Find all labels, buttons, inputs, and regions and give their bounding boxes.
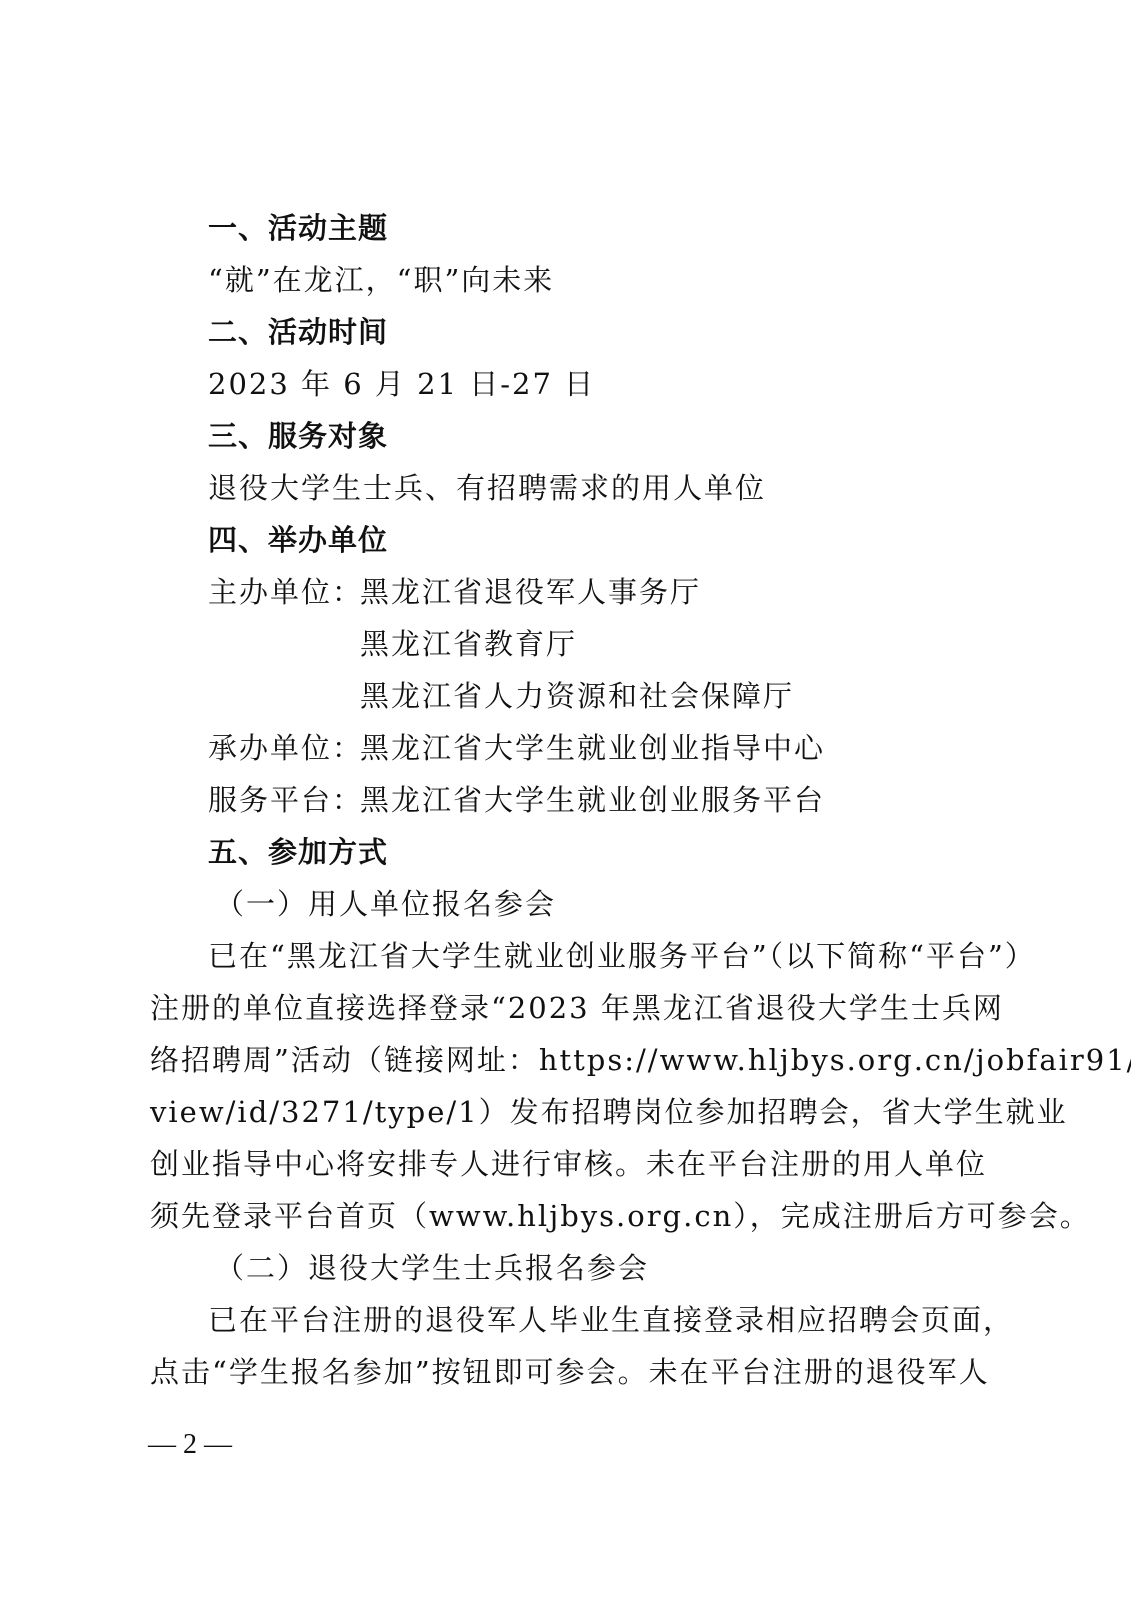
employer-paragraph-line: view/id/3271/type/1）发布招聘岗位参加招聘会，省大学生就业 xyxy=(150,1092,1068,1132)
section-heading-participation: 五、参加方式 xyxy=(208,832,388,872)
host-3: 黑龙江省人力资源和社会保障厅 xyxy=(360,676,794,716)
employer-paragraph-line: 须先登录平台首页（www.hljbys.org.cn），完成注册后方可参会。 xyxy=(150,1196,1091,1236)
document-page: 一、活动主题 “就”在龙江，“职”向未来 二、活动时间 2023 年 6 月 2… xyxy=(0,0,1131,1600)
employer-paragraph-line: 已在“黑龙江省大学生就业创业服务平台”（以下简称“平台”） xyxy=(208,936,1036,976)
section-heading-organizers: 四、举办单位 xyxy=(208,520,388,560)
subsection-veteran-title: （二）退役大学生士兵报名参会 xyxy=(215,1248,649,1288)
platform: 黑龙江省大学生就业创业服务平台 xyxy=(360,780,825,820)
audience-text: 退役大学生士兵、有招聘需求的用人单位 xyxy=(208,468,766,508)
platform-label: 服务平台： xyxy=(208,780,363,820)
veteran-paragraph-line: 点击“学生报名参加”按钮即可参会。未在平台注册的退役军人 xyxy=(150,1352,990,1392)
employer-paragraph-line: 创业指导中心将安排专人进行审核。未在平台注册的用人单位 xyxy=(150,1144,987,1184)
section-heading-theme: 一、活动主题 xyxy=(208,208,388,248)
undertaker-label: 承办单位： xyxy=(208,728,363,768)
page-number: — 2 — xyxy=(148,1425,232,1465)
employer-paragraph-line: 注册的单位直接选择登录“2023 年黑龙江省退役大学生士兵网 xyxy=(150,988,1004,1028)
subsection-employer-title: （一）用人单位报名参会 xyxy=(215,884,556,924)
time-text: 2023 年 6 月 21 日-27 日 xyxy=(208,364,595,404)
host-label: 主办单位： xyxy=(208,572,363,612)
section-heading-audience: 三、服务对象 xyxy=(208,416,388,456)
theme-text: “就”在龙江，“职”向未来 xyxy=(208,260,554,300)
host-1: 黑龙江省退役军人事务厅 xyxy=(360,572,701,612)
section-heading-time: 二、活动时间 xyxy=(208,312,388,352)
veteran-paragraph-line: 已在平台注册的退役军人毕业生直接登录相应招聘会页面， xyxy=(208,1300,1014,1340)
employer-paragraph-line: 络招聘周”活动（链接网址：https://www.hljbys.org.cn/j… xyxy=(150,1040,1131,1080)
host-2: 黑龙江省教育厅 xyxy=(360,624,577,664)
undertaker: 黑龙江省大学生就业创业指导中心 xyxy=(360,728,825,768)
